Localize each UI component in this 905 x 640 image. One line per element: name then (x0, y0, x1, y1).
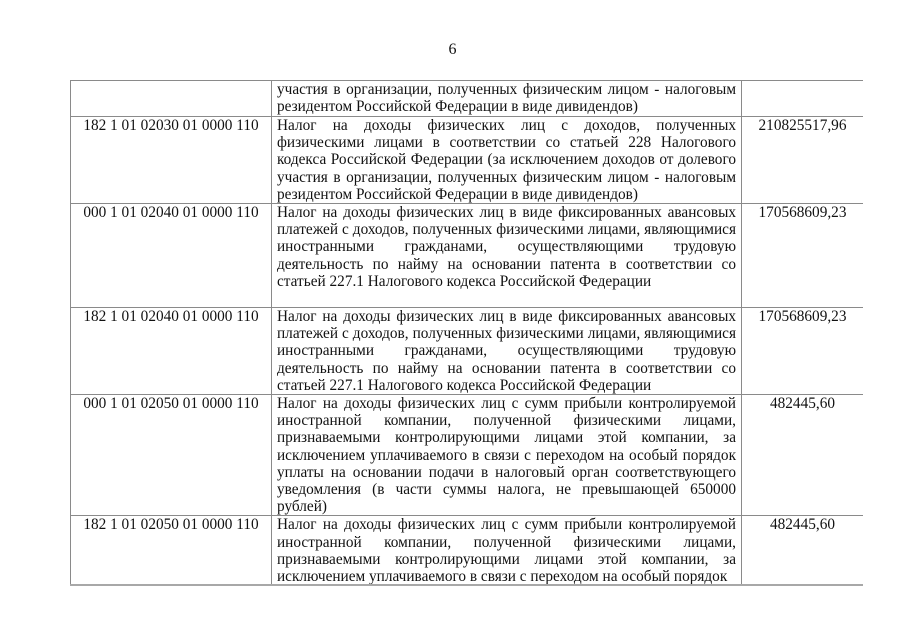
revenue-amount: 210825517,96 (742, 117, 864, 204)
revenue-amount: 482445,60 (742, 516, 864, 586)
revenue-description: Налог на доходы физических лиц с сумм пр… (272, 395, 742, 516)
budget-classification-code: 000 1 01 02040 01 0000 110 (71, 204, 272, 308)
revenue-description: участия в организации, полученных физиче… (272, 81, 742, 117)
revenue-description: Налог на доходы физических лиц с доходов… (272, 117, 742, 204)
budget-revenue-table: участия в организации, полученных физиче… (70, 80, 863, 586)
budget-classification-code: 182 1 01 02040 01 0000 110 (71, 308, 272, 395)
budget-classification-code (71, 81, 272, 117)
table-row: 182 1 01 02050 01 0000 110 Налог на дохо… (71, 516, 864, 586)
revenue-amount: 170568609,23 (742, 204, 864, 308)
budget-classification-code: 000 1 01 02050 01 0000 110 (71, 395, 272, 516)
revenue-amount (742, 81, 864, 117)
budget-classification-code: 182 1 01 02030 01 0000 110 (71, 117, 272, 204)
revenue-description: Налог на доходы физических лиц с сумм пр… (272, 516, 742, 586)
revenue-description: Налог на доходы физических лиц в виде фи… (272, 308, 742, 395)
page-number: 6 (0, 41, 905, 59)
revenue-description: Налог на доходы физических лиц в виде фи… (272, 204, 742, 308)
table-row: 000 1 01 02040 01 0000 110 Налог на дохо… (71, 204, 864, 308)
revenue-amount: 170568609,23 (742, 308, 864, 395)
table-row: 182 1 01 02030 01 0000 110 Налог на дохо… (71, 117, 864, 204)
table-row: 000 1 01 02050 01 0000 110 Налог на дохо… (71, 395, 864, 516)
budget-classification-code: 182 1 01 02050 01 0000 110 (71, 516, 272, 586)
table-row: 182 1 01 02040 01 0000 110 Налог на дохо… (71, 308, 864, 395)
revenue-amount: 482445,60 (742, 395, 864, 516)
table-row: участия в организации, полученных физиче… (71, 81, 864, 117)
revenue-table: участия в организации, полученных физиче… (70, 80, 863, 586)
